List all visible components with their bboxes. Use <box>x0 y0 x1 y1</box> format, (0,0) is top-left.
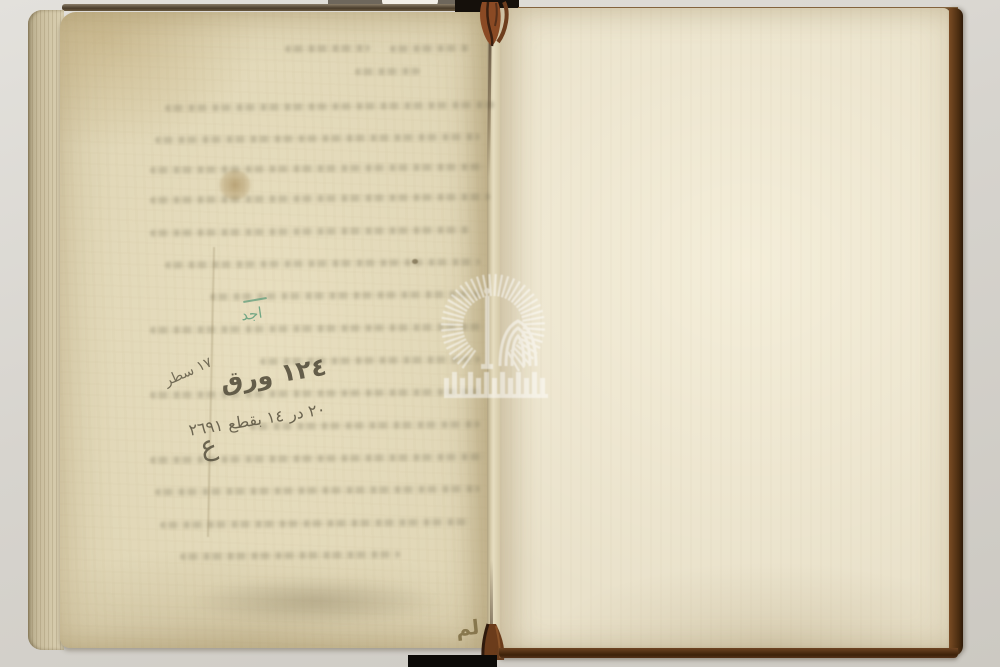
green-ink-note: اجد <box>240 304 264 325</box>
pencil-flourish: ع <box>197 428 220 464</box>
bleedthrough-line <box>390 45 470 53</box>
bleedthrough-line <box>155 133 480 143</box>
page-block-fore-edge <box>28 10 64 650</box>
headband-tassel-icon <box>468 0 528 60</box>
bleedthrough-line <box>250 421 480 430</box>
bleedthrough-line <box>165 101 495 111</box>
bleedthrough-line <box>150 163 485 174</box>
ink-speck <box>412 259 418 264</box>
bleedthrough-line <box>180 551 400 560</box>
bleedthrough-line <box>150 193 490 204</box>
pencil-line-count: ١٧ سطر <box>162 354 215 389</box>
book-top-edge-left <box>62 4 457 11</box>
bleedthrough-line <box>150 453 485 464</box>
scanned-book-photo: اجد ١٢٤ ورق ١٧ سطر ٢٠ در ١٤ بقطع ٢٦٩١ ع … <box>0 0 1000 667</box>
page-crease <box>207 247 215 537</box>
library-watermark-icon <box>430 264 560 402</box>
bleedthrough-line <box>285 45 370 53</box>
page-stain <box>218 170 252 200</box>
right-page <box>500 8 951 651</box>
bleedthrough-line <box>150 226 470 236</box>
left-page: اجد ١٢٤ ورق ١٧ سطر ٢٠ در ١٤ بقطع ٢٦٩١ ع … <box>60 12 487 648</box>
bleedthrough-line <box>160 518 470 528</box>
pencil-folio-count: ١٢٤ ورق <box>218 352 328 397</box>
bottom-smudge <box>190 577 440 625</box>
cover-edge-bottom <box>499 648 958 658</box>
cover-edge-right <box>949 8 963 656</box>
bleedthrough-line <box>155 485 480 495</box>
green-ink-dash <box>243 297 267 303</box>
cradle-gap-bottom <box>408 655 497 667</box>
pencil-size-note: ٢٠ در ١٤ بقطع ٢٦٩١ <box>187 399 326 439</box>
bleedthrough-line <box>355 68 420 76</box>
